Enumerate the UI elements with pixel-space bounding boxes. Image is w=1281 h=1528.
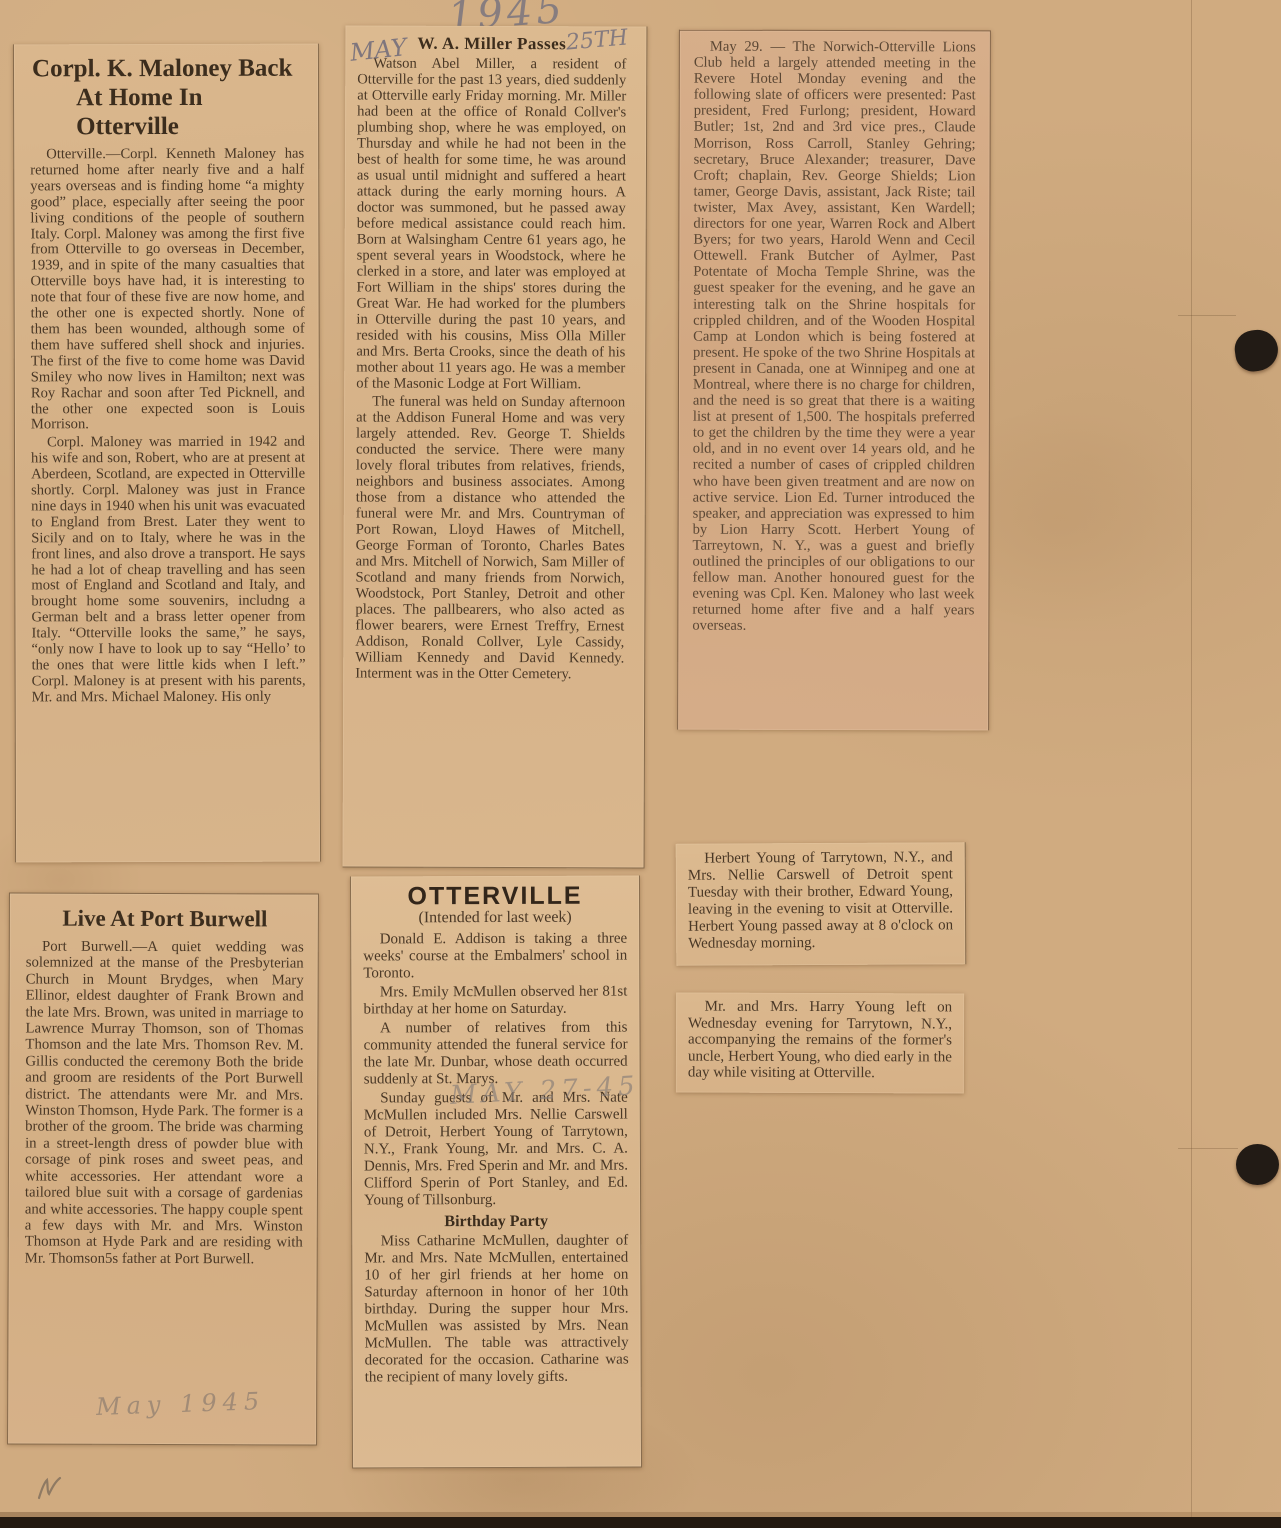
otterville-paragraph-2: Mrs. Emily McMullen observed her 81st bi… (363, 984, 627, 1019)
maloney-headline-line2: At Home In Otterville (32, 83, 304, 142)
clipping-port-burwell-article: Live At Port Burwell Port Burwell.—A qui… (7, 892, 319, 1445)
scrapbook-page: 1945 Corpl. K. Maloney Back At Home In O… (0, 0, 1281, 1528)
miller-paragraph-1: Watson Abel Miller, a resident of Otterv… (356, 56, 626, 393)
hole-punch-top (1232, 327, 1280, 374)
backing-page-shadow (0, 1517, 1281, 1528)
miller-headline: W. A. Miller Passes (357, 36, 626, 53)
lions-body: May 29. — The Norwich-Otterville Lions C… (692, 39, 976, 635)
page-crease-vertical (1191, 0, 1192, 1528)
clipping-lions-club-article: May 29. — The Norwich-Otterville Lions C… (677, 30, 991, 731)
harry-young-paragraph: Mr. and Mrs. Harry Young left on Wednesd… (688, 999, 952, 1082)
page-crease-bottom-right (1178, 1148, 1238, 1149)
otterville-headline: OTTERVILLE (363, 888, 627, 906)
maloney-headline: Corpl. K. Maloney Back At Home In Otterv… (32, 54, 304, 142)
herbert-young-paragraph: Herbert Young of Tarrytown, N.Y., and Mr… (688, 849, 954, 952)
otterville-body: Donald E. Addison is taking a three week… (363, 931, 629, 1387)
otterville-paragraph-3: A number of relatives from this communit… (363, 1020, 627, 1089)
harry-young-body: Mr. and Mrs. Harry Young left on Wednesd… (688, 999, 952, 1082)
pencil-squiggle-mark (36, 1474, 64, 1504)
clipping-otterville-news: OTTERVILLE (Intended for last week) Dona… (350, 875, 642, 1468)
page-crease-top-right (1178, 315, 1236, 316)
miller-paragraph-2: The funeral was held on Sunday afternoon… (355, 394, 625, 683)
clipping-maloney-article: Corpl. K. Maloney Back At Home In Otterv… (13, 44, 321, 863)
otterville-subtitle: (Intended for last week) (363, 909, 627, 927)
port-burwell-headline: Live At Port Burwell (26, 906, 304, 933)
clipping-herbert-young-note: Herbert Young of Tarrytown, N.Y., and Mr… (676, 842, 967, 966)
clipping-harry-young-note: Mr. and Mrs. Harry Young left on Wednesd… (676, 992, 964, 1093)
otterville-paragraph-1: Donald E. Addison is taking a three week… (363, 931, 627, 983)
maloney-paragraph-2: Corpl. Maloney was married in 1942 and h… (31, 435, 306, 706)
otterville-birthday-party-subhead: Birthday Party (364, 1213, 628, 1231)
hole-punch-bottom (1236, 1144, 1279, 1185)
maloney-headline-line1: Corpl. K. Maloney Back (32, 55, 292, 83)
maloney-paragraph-1: Otterville.—Corpl. Kenneth Maloney has r… (30, 147, 305, 434)
otterville-paragraph-4: Sunday guests of Mr. and Mrs. Nate McMul… (364, 1090, 628, 1210)
port-burwell-paragraph: Port Burwell.—A quiet wedding was solemn… (25, 939, 304, 1268)
otterville-paragraph-5: Miss Catharine McMullen, daughter of Mr.… (364, 1233, 629, 1387)
miller-body: Watson Abel Miller, a resident of Otterv… (355, 56, 626, 683)
clipping-miller-obituary: W. A. Miller Passes Watson Abel Miller, … (343, 25, 648, 868)
maloney-body: Otterville.—Corpl. Kenneth Maloney has r… (30, 147, 305, 706)
lions-paragraph: May 29. — The Norwich-Otterville Lions C… (692, 39, 976, 635)
herbert-young-body: Herbert Young of Tarrytown, N.Y., and Mr… (688, 849, 954, 952)
port-burwell-body: Port Burwell.—A quiet wedding was solemn… (25, 939, 304, 1268)
